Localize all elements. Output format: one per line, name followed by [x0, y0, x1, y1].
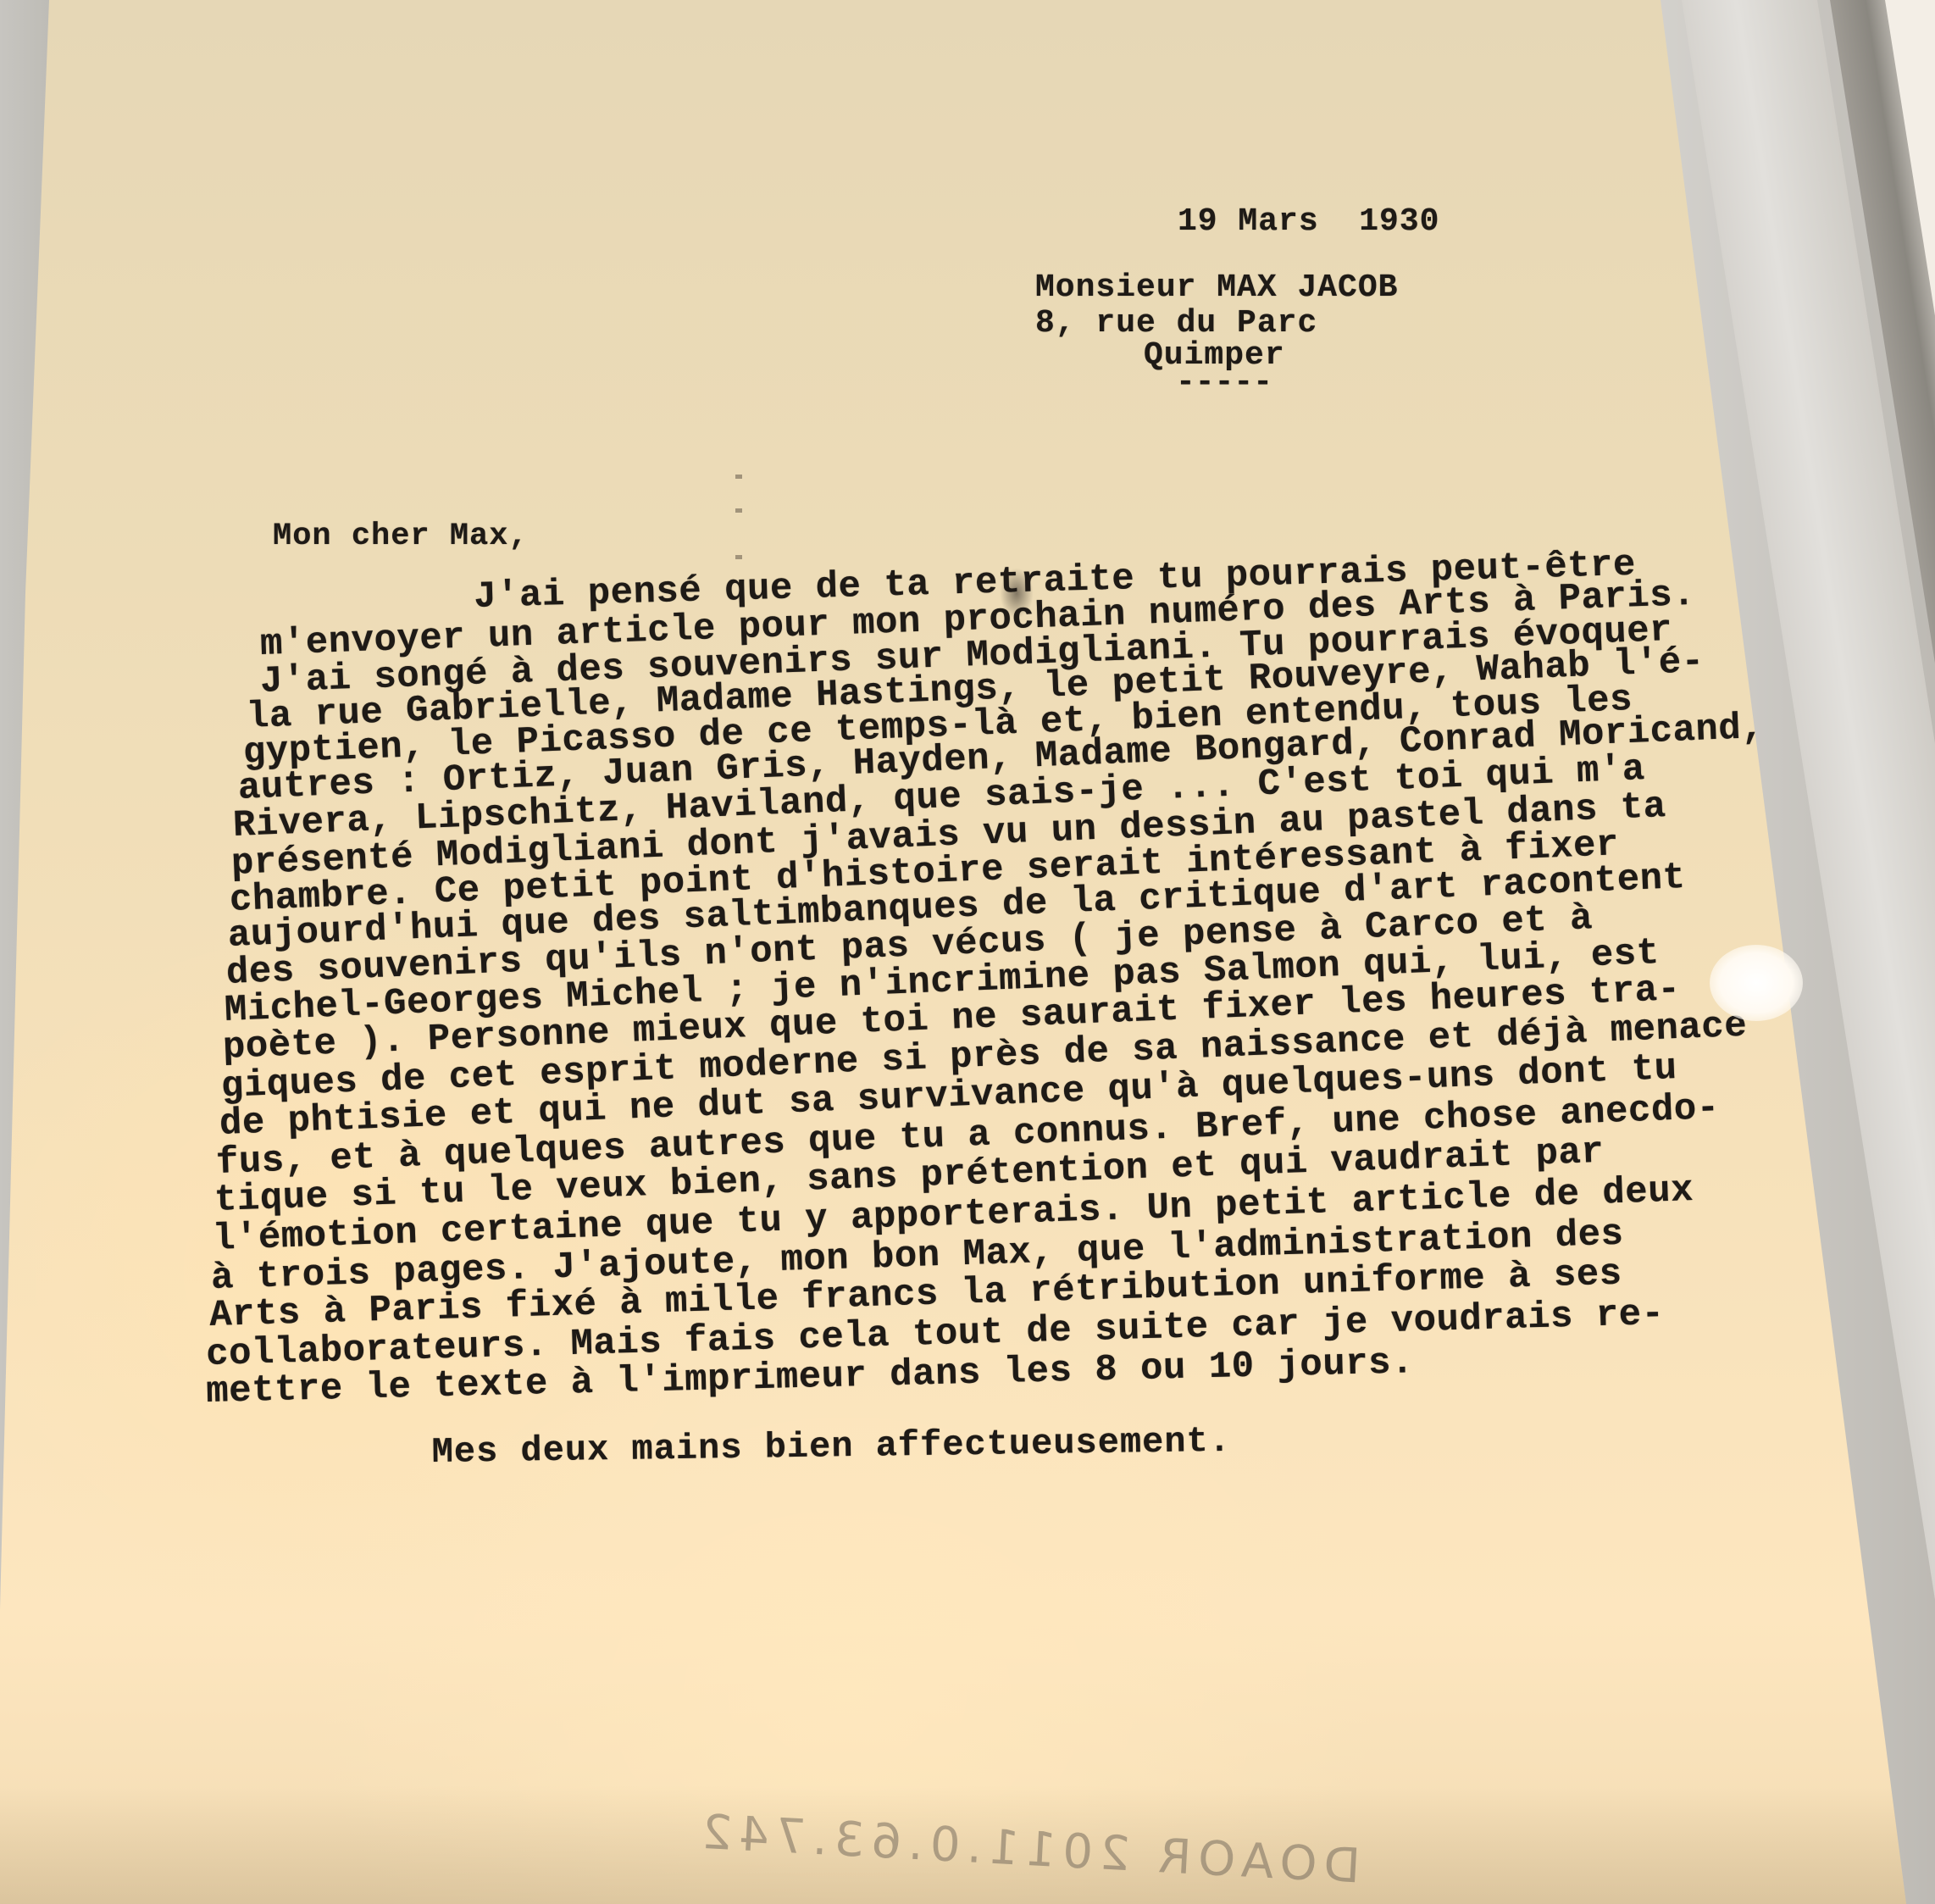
- letter-date: 19 Mars 1930: [1178, 203, 1439, 240]
- recipient-street: 8, rue du Parc: [1035, 305, 1317, 341]
- recipient-name: Monsieur MAX JACOB: [1035, 269, 1398, 306]
- light-glare: [1710, 945, 1803, 1021]
- letter-paper: 19 Mars 1930 Monsieur MAX JACOB 8, rue d…: [0, 0, 1935, 1904]
- closing-line: Mes deux mains bien affectueusement.: [431, 1421, 1231, 1473]
- salutation: Mon cher Max,: [273, 519, 529, 554]
- address-rule: -----: [1176, 364, 1272, 401]
